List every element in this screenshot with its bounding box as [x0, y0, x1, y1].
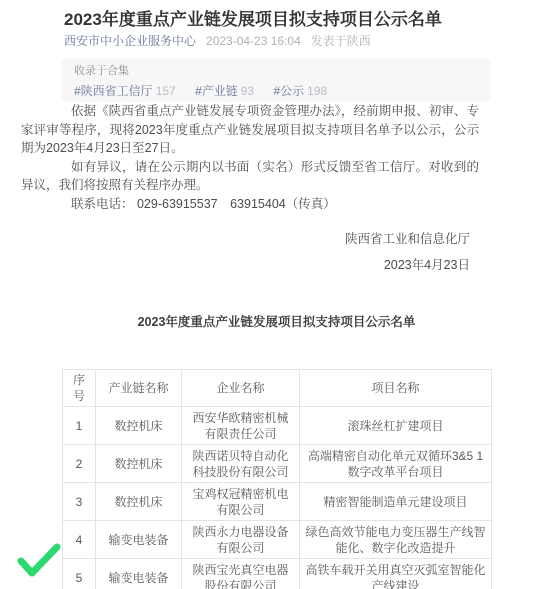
table-title: 2023年度重点产业链发展项目拟支持项目公示名单 [62, 312, 491, 330]
cell-index: 3 [63, 483, 96, 521]
cell-chain: 数控机床 [96, 407, 182, 445]
cell-chain: 数控机床 [96, 483, 182, 521]
column-header-project: 项目名称 [300, 370, 492, 407]
green-checkmark-icon [15, 540, 63, 580]
cell-index: 1 [63, 407, 96, 445]
cell-company: 陕西诺贝特自动化科技股份有限公司 [182, 445, 300, 483]
table-row: 4 输变电装备 陕西永力电器设备有限公司 绿色高效节能电力变压器生产线智能化、数… [63, 521, 492, 559]
cell-company: 陕西宝光真空电器股份有限公司 [182, 559, 300, 589]
cell-project: 滚珠丝杠扩建项目 [300, 407, 492, 445]
collection-label: 收录于合集 [74, 64, 478, 79]
issue-date: 2023年4月23日 [20, 252, 470, 278]
publish-timestamp: 2023-04-23 16:04 [206, 34, 301, 48]
cell-project: 高端精密自动化单元双循环3&5 1数字改革平台项目 [300, 445, 492, 483]
tag-chanyelian[interactable]: #产业链93 [195, 84, 254, 98]
announcement-body: 依据《陕西省重点产业链发展专项资金管理办法》，经前期申报、初审、专家评审等程序，… [21, 102, 479, 213]
table-row: 3 数控机床 宝鸡权冠精密机电有限公司 精密智能制造单元建设项目 [63, 483, 492, 521]
table-header-row: 序号 产业链名称 企业名称 项目名称 [63, 370, 492, 407]
paragraph-objection: 如有异议，请在公示期内以书面（实名）形式反馈至省工信厅。对收到的异议，我们将按照… [21, 158, 479, 195]
table-header: 序号 产业链名称 企业名称 项目名称 [63, 370, 492, 407]
tag-count: 93 [241, 84, 254, 98]
issuer-name: 陕西省工业和信息化厅 [20, 226, 470, 252]
cell-project: 高铁车载开关用真空灭弧室智能化产线建设 [300, 559, 492, 589]
column-header-company: 企业名称 [182, 370, 300, 407]
tag-label: #陕西省工信厅 [74, 84, 153, 98]
paragraph-basis: 依据《陕西省重点产业链发展专项资金管理办法》，经前期申报、初审、专家评审等程序，… [21, 102, 479, 158]
publish-location: 发表于陕西 [311, 34, 371, 48]
table-body: 1 数控机床 西安华欧精密机械有限责任公司 滚珠丝杠扩建项目 2 数控机床 陕西… [63, 407, 492, 589]
tag-label: #公示 [273, 84, 304, 98]
cell-index: 2 [63, 445, 96, 483]
tag-label: #产业链 [195, 84, 238, 98]
byline: 西安市中小企业服务中心2023-04-23 16:04发表于陕西 [64, 33, 504, 49]
column-header-index: 序号 [63, 370, 96, 407]
tag-shaanxi-gongxinting[interactable]: #陕西省工信厅157 [74, 84, 176, 98]
cell-company: 西安华欧精密机械有限责任公司 [182, 407, 300, 445]
cell-project: 绿色高效节能电力变压器生产线智能化、数字化改造提升 [300, 521, 492, 559]
table-row: 2 数控机床 陕西诺贝特自动化科技股份有限公司 高端精密自动化单元双循环3&5 … [63, 445, 492, 483]
project-table: 序号 产业链名称 企业名称 项目名称 1 数控机床 西安华欧精密机械有限责任公司… [62, 369, 492, 589]
cell-chain: 输变电装备 [96, 521, 182, 559]
article-page: 2023年度重点产业链发展项目拟支持项目公示名单 西安市中小企业服务中心2023… [0, 0, 546, 589]
cell-chain: 数控机床 [96, 445, 182, 483]
tag-count: 157 [156, 84, 176, 98]
article-title: 2023年度重点产业链发展项目拟支持项目公示名单 [64, 8, 504, 32]
tag-count: 198 [307, 84, 327, 98]
tag-gongshi[interactable]: #公示198 [273, 84, 327, 98]
table-row: 1 数控机床 西安华欧精密机械有限责任公司 滚珠丝杠扩建项目 [63, 407, 492, 445]
table-row: 5 输变电装备 陕西宝光真空电器股份有限公司 高铁车载开关用真空灭弧室智能化产线… [63, 559, 492, 589]
collection-box[interactable]: 收录于合集 #陕西省工信厅157 #产业链93 #公示198 [62, 58, 490, 102]
paragraph-contact-phone: 联系电话： 029-63915537 63915404（传真） [21, 195, 479, 214]
cell-chain: 输变电装备 [96, 559, 182, 589]
cell-index: 5 [63, 559, 96, 589]
cell-company: 宝鸡权冠精密机电有限公司 [182, 483, 300, 521]
cell-company: 陕西永力电器设备有限公司 [182, 521, 300, 559]
tag-list: #陕西省工信厅157 #产业链93 #公示198 [74, 83, 478, 99]
account-name-link[interactable]: 西安市中小企业服务中心 [64, 34, 196, 48]
signature-block: 陕西省工业和信息化厅 2023年4月23日 [20, 226, 470, 278]
cell-project: 精密智能制造单元建设项目 [300, 483, 492, 521]
cell-index: 4 [63, 521, 96, 559]
column-header-chain: 产业链名称 [96, 370, 182, 407]
